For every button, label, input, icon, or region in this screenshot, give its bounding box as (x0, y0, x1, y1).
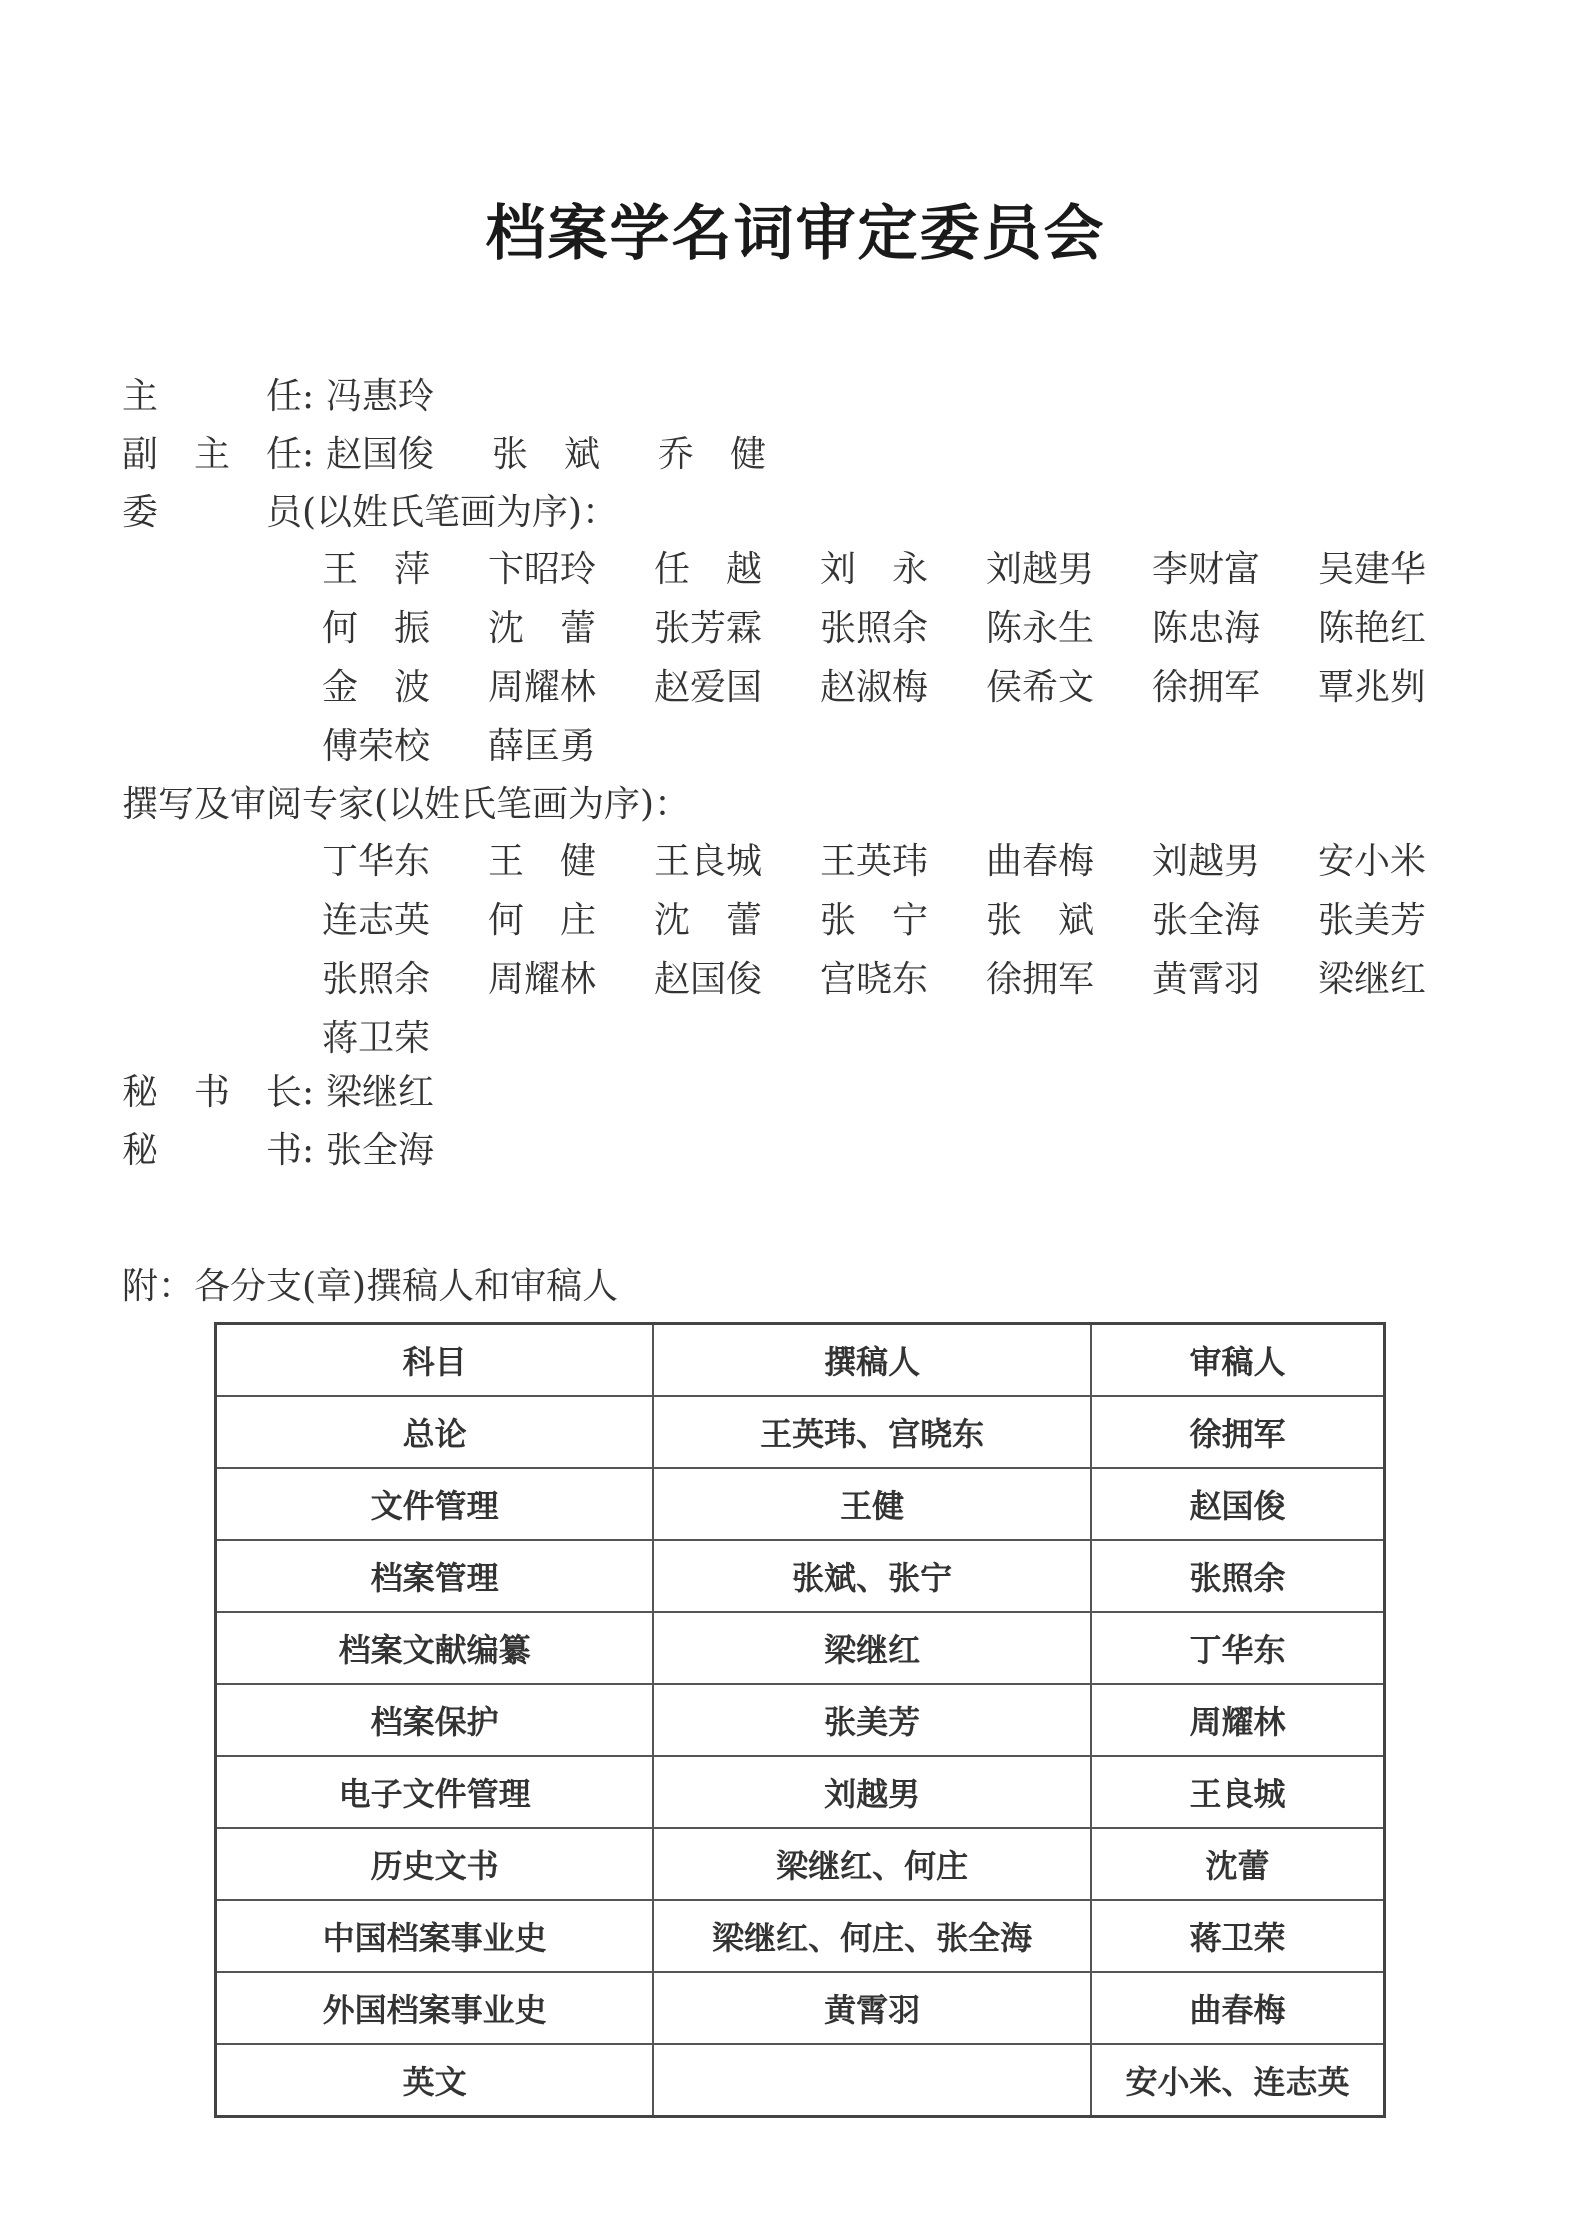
cell-subject: 历史文书 (216, 1828, 654, 1900)
member-name: 傅荣校 (322, 717, 488, 776)
table-header-row: 科目 撰稿人 审稿人 (216, 1324, 1385, 1397)
members-label: 委员 (122, 488, 302, 538)
expert-name: 张美芳 (1318, 891, 1484, 950)
table-row: 电子文件管理 刘越男 王良城 (216, 1756, 1385, 1828)
expert-name: 丁华东 (322, 832, 488, 891)
expert-name: 刘越男 (1152, 832, 1318, 891)
deputy-director-name: 赵国俊 (326, 430, 492, 480)
deputy-director-row: 副主任:赵国俊张 斌乔 健 (122, 430, 824, 480)
table-row: 文件管理 王健 赵国俊 (216, 1468, 1385, 1540)
director-name: 冯惠玲 (326, 376, 434, 417)
expert-name: 沈 蕾 (654, 891, 820, 950)
director-row: 主任:冯惠玲 (122, 372, 434, 422)
table-row: 外国档案事业史 黄霄羽 曲春梅 (216, 1972, 1385, 2044)
cell-reviewer: 张照余 (1091, 1540, 1385, 1612)
members-note: (以姓氏笔画为序)： (302, 492, 618, 533)
expert-name: 王英玮 (820, 832, 986, 891)
member-name: 薛匡勇 (488, 717, 654, 776)
column-header-subject: 科目 (216, 1324, 654, 1397)
member-name: 沈 蕾 (488, 599, 654, 658)
expert-name: 黄霄羽 (1152, 950, 1318, 1009)
cell-author: 梁继红、何庄、张全海 (653, 1900, 1091, 1972)
cell-reviewer: 赵国俊 (1091, 1468, 1385, 1540)
cell-author: 王英玮、宫晓东 (653, 1396, 1091, 1468)
table-row: 档案管理 张斌、张宁 张照余 (216, 1540, 1385, 1612)
cell-reviewer: 王良城 (1091, 1756, 1385, 1828)
cell-subject: 电子文件管理 (216, 1756, 654, 1828)
expert-name: 周耀林 (488, 950, 654, 1009)
deputy-director-name: 乔 健 (658, 430, 824, 480)
cell-reviewer: 蒋卫荣 (1091, 1900, 1385, 1972)
expert-name: 蒋卫荣 (322, 1009, 488, 1068)
column-header-author: 撰稿人 (653, 1324, 1091, 1397)
table-row: 总论 王英玮、宫晓东 徐拥军 (216, 1396, 1385, 1468)
members-heading: 委员(以姓氏笔画为序)： (122, 488, 618, 538)
cell-subject: 档案文献编纂 (216, 1612, 654, 1684)
member-name: 陈永生 (986, 599, 1152, 658)
cell-reviewer: 徐拥军 (1091, 1396, 1385, 1468)
member-name: 金 波 (322, 658, 488, 717)
table-row: 档案文献编纂 梁继红 丁华东 (216, 1612, 1385, 1684)
cell-subject: 档案管理 (216, 1540, 654, 1612)
members-list: 王 萍 卞昭玲 任 越 刘 永 刘越男 李财富 吴建华 何 振 沈 蕾 张芳霖 … (322, 540, 1484, 776)
cell-reviewer: 沈蕾 (1091, 1828, 1385, 1900)
expert-name: 徐拥军 (986, 950, 1152, 1009)
member-name: 赵淑梅 (820, 658, 986, 717)
member-name: 刘越男 (986, 540, 1152, 599)
cell-author: 梁继红、何庄 (653, 1828, 1091, 1900)
table-row: 中国档案事业史 梁继红、何庄、张全海 蒋卫荣 (216, 1900, 1385, 1972)
member-name: 赵爱国 (654, 658, 820, 717)
member-name: 何 振 (322, 599, 488, 658)
member-name: 吴建华 (1318, 540, 1484, 599)
secretary-row: 秘书:张全海 (122, 1126, 434, 1176)
cell-reviewer: 周耀林 (1091, 1684, 1385, 1756)
expert-name: 王 健 (488, 832, 654, 891)
cell-subject: 档案保护 (216, 1684, 654, 1756)
member-name: 陈艳红 (1318, 599, 1484, 658)
expert-name: 何 庄 (488, 891, 654, 950)
assignment-table: 科目 撰稿人 审稿人 总论 王英玮、宫晓东 徐拥军 文件管理 王健 赵国俊 档案… (214, 1322, 1386, 2118)
expert-name: 张 宁 (820, 891, 986, 950)
secretary-name: 张全海 (326, 1130, 434, 1171)
member-name: 卞昭玲 (488, 540, 654, 599)
table-row: 英文 安小米、连志英 (216, 2044, 1385, 2117)
cell-author: 张斌、张宁 (653, 1540, 1091, 1612)
member-name: 徐拥军 (1152, 658, 1318, 717)
expert-name: 张 斌 (986, 891, 1152, 950)
member-name: 覃兆刿 (1318, 658, 1484, 717)
cell-subject: 英文 (216, 2044, 654, 2117)
table-row: 历史文书 梁继红、何庄 沈蕾 (216, 1828, 1385, 1900)
expert-name: 安小米 (1318, 832, 1484, 891)
cell-author: 刘越男 (653, 1756, 1091, 1828)
secretary-general-name: 梁继红 (326, 1072, 434, 1113)
experts-heading: 撰写及审阅专家(以姓氏笔画为序)： (122, 780, 690, 830)
member-name: 王 萍 (322, 540, 488, 599)
cell-subject: 总论 (216, 1396, 654, 1468)
member-name: 张照余 (820, 599, 986, 658)
cell-author (653, 2044, 1091, 2117)
expert-name: 连志英 (322, 891, 488, 950)
member-name: 刘 永 (820, 540, 986, 599)
appendix-title: 附：各分支(章)撰稿人和审稿人 (122, 1262, 618, 1312)
expert-name: 王良城 (654, 832, 820, 891)
expert-name: 张照余 (322, 950, 488, 1009)
table-row: 档案保护 张美芳 周耀林 (216, 1684, 1385, 1756)
cell-subject: 中国档案事业史 (216, 1900, 654, 1972)
cell-reviewer: 丁华东 (1091, 1612, 1385, 1684)
page-title: 档案学名词审定委员会 (0, 186, 1591, 272)
cell-reviewer: 安小米、连志英 (1091, 2044, 1385, 2117)
member-name: 李财富 (1152, 540, 1318, 599)
cell-subject: 文件管理 (216, 1468, 654, 1540)
director-label: 主任 (122, 372, 302, 422)
expert-name: 宫晓东 (820, 950, 986, 1009)
member-name: 任 越 (654, 540, 820, 599)
member-name: 陈忠海 (1152, 599, 1318, 658)
colon: : (302, 1068, 326, 1118)
deputy-director-name: 张 斌 (492, 430, 658, 480)
experts-list: 丁华东 王 健 王良城 王英玮 曲春梅 刘越男 安小米 连志英 何 庄 沈 蕾 … (322, 832, 1484, 1068)
secretary-general-row: 秘书长:梁继红 (122, 1068, 434, 1118)
expert-name: 张全海 (1152, 891, 1318, 950)
expert-name: 赵国俊 (654, 950, 820, 1009)
member-name: 侯希文 (986, 658, 1152, 717)
expert-name: 梁继红 (1318, 950, 1484, 1009)
cell-author: 黄霄羽 (653, 1972, 1091, 2044)
cell-subject: 外国档案事业史 (216, 1972, 654, 2044)
deputy-director-label: 副主任 (122, 430, 302, 480)
cell-author: 王健 (653, 1468, 1091, 1540)
cell-author: 梁继红 (653, 1612, 1091, 1684)
column-header-reviewer: 审稿人 (1091, 1324, 1385, 1397)
secretary-general-label: 秘书长 (122, 1068, 302, 1118)
secretary-label: 秘书 (122, 1126, 302, 1176)
expert-name: 曲春梅 (986, 832, 1152, 891)
cell-author: 张美芳 (653, 1684, 1091, 1756)
colon: : (302, 372, 326, 422)
colon: : (302, 430, 326, 480)
member-name: 张芳霖 (654, 599, 820, 658)
member-name: 周耀林 (488, 658, 654, 717)
cell-reviewer: 曲春梅 (1091, 1972, 1385, 2044)
colon: : (302, 1126, 326, 1176)
